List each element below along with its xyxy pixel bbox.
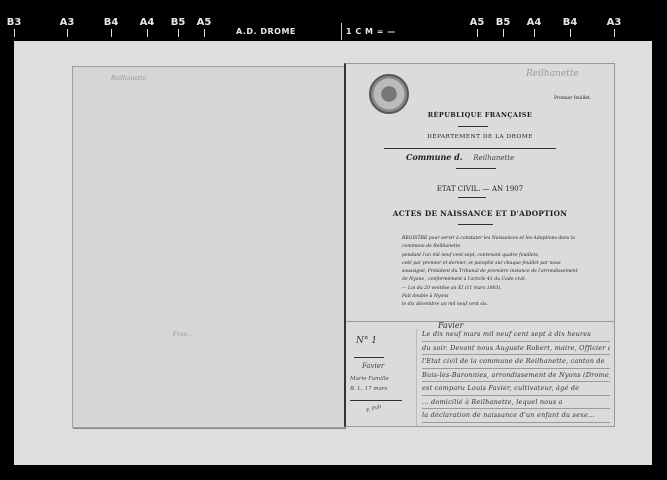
register-line: soussigné, Président du Tribunal de prem…: [402, 268, 602, 276]
right-pencil-note: Reilhanette: [526, 69, 579, 79]
ruler-tick-mark: [14, 29, 15, 37]
ruler-tick-mark: [147, 29, 148, 37]
ruler-tick-mark: [503, 29, 504, 37]
divider: [458, 224, 493, 225]
register-line: Fait double à Nyons: [402, 293, 602, 301]
ruler-tick-label: B5: [496, 17, 511, 28]
ruler-tick-mark: [534, 29, 535, 37]
divider: [350, 400, 402, 401]
act-line: est comparu Louis Favier, cultivateur, â…: [422, 382, 610, 396]
department-heading: DÉPARTEMENT DE LA DROME: [346, 134, 614, 140]
right-page: Reilhanette Premier feuillet. RÉPUBLIQUE…: [344, 63, 615, 427]
act-line: Le dix neuf mars mil neuf cent sept à di…: [422, 328, 610, 342]
ruler-separator: [341, 23, 342, 40]
register-line: coté par premier et dernier, et paraphé …: [402, 260, 602, 268]
ruler-tick-mark: [67, 29, 68, 37]
ruler-tick-a3: A3: [55, 17, 79, 37]
left-pencil-note-middle: Fraa…: [173, 331, 193, 338]
ruler-tick-mark: [570, 29, 571, 37]
margin-line: B. L. 17 mars: [350, 384, 389, 394]
act-name: Favier: [362, 362, 384, 370]
act-line: Buis-les-Baronnies, arrondissement de Ny…: [422, 369, 610, 383]
section-divider: [346, 321, 614, 322]
ruler-tick-label: B4: [563, 17, 578, 28]
act-margin-notes: Marie Famille B. L. 17 mars: [350, 374, 389, 394]
act-body: Le dix neuf mars mil neuf cent sept à di…: [422, 328, 610, 423]
ruler-tick-b4: B4: [558, 17, 582, 37]
commune-label: Commune d.: [406, 152, 463, 162]
margin-signature: F. Pub: [365, 404, 382, 415]
left-page: Reilhanette Fraa…: [72, 66, 345, 428]
ruler-tick-a4: A4: [135, 17, 159, 37]
divider: [354, 357, 384, 358]
ruler-tick-label: B4: [104, 17, 119, 28]
act-number: N° 1: [356, 336, 377, 346]
register-paragraph: REGISTRE pour servir à constater les Nai…: [402, 235, 602, 310]
act-line: … domicilié à Reilhanette, lequel nous a: [422, 396, 610, 410]
divider: [458, 197, 486, 198]
republic-heading: RÉPUBLIQUE FRANÇAISE: [346, 111, 614, 119]
register-line: pendant l'an mil neuf cent sept, contena…: [402, 252, 602, 260]
ruler-tick-a5: A5: [192, 17, 216, 37]
ruler-tick-mark: [178, 29, 179, 37]
divider: [456, 168, 496, 169]
ruler-tick-a5: A5: [465, 17, 489, 37]
archive-label: A.D. DROME: [236, 27, 296, 36]
ruler-tick-b4: B4: [99, 17, 123, 37]
commune-value: Reilhanette: [473, 154, 514, 162]
etat-civil-heading: ETAT CIVIL. — AN 1907: [346, 185, 614, 193]
actes-title: ACTES DE NAISSANCE ET D'ADOPTION: [346, 209, 614, 218]
divider: [458, 126, 488, 127]
ruler-tick-a3: A3: [602, 17, 626, 37]
ruler-tick-b3: B3: [2, 17, 26, 37]
margin-rule: [416, 329, 417, 426]
register-line: — Loi du 20 ventôse an XI (11 mars 1803)…: [402, 285, 602, 293]
sheet-note: Premier feuillet.: [554, 96, 591, 101]
ruler-tick-label: A3: [607, 17, 622, 28]
register-line: commune de Reilhanette: [402, 243, 602, 251]
divider: [384, 148, 556, 149]
ruler-tick-b5: B5: [491, 17, 515, 37]
ruler-tick-label: A3: [60, 17, 75, 28]
ruler-tick-label: A4: [527, 17, 542, 28]
ruler-tick-label: B5: [171, 17, 186, 28]
scale-label: 1 C M = —: [346, 27, 396, 36]
ruler-tick-label: A4: [140, 17, 155, 28]
ruler-tick-b5: B5: [166, 17, 190, 37]
ruler-tick-a4: A4: [522, 17, 546, 37]
margin-line: Marie Famille: [350, 374, 389, 384]
official-seal-icon: [369, 74, 409, 114]
register-line: REGISTRE pour servir à constater les Nai…: [402, 235, 602, 243]
ruler-tick-mark: [614, 29, 615, 37]
left-pencil-note: Reilhanette: [111, 75, 146, 82]
ruler-tick-mark: [477, 29, 478, 37]
act-line: la déclaration de naissance d'un enfant …: [422, 409, 610, 423]
act-line: l'Etat civil de la commune de Reilhanett…: [422, 355, 610, 369]
commune-line: Commune d. Reilhanette: [406, 152, 514, 162]
ruler-tick-mark: [111, 29, 112, 37]
ruler-tick-label: B3: [7, 17, 22, 28]
register-line: le dix décembre un mil neuf cent six.: [402, 301, 602, 309]
register-line: de Nyons , conformément à l'article 41 d…: [402, 276, 602, 284]
act-line: du soir. Devant nous Auguste Robert, mai…: [422, 342, 610, 356]
ruler-tick-label: A5: [197, 17, 212, 28]
archive-ruler: B3A3B4A4B5A5 A5B5A4B4A3 A.D. DROME 1 C M…: [0, 0, 667, 40]
ruler-tick-label: A5: [470, 17, 485, 28]
ruler-tick-mark: [204, 29, 205, 37]
